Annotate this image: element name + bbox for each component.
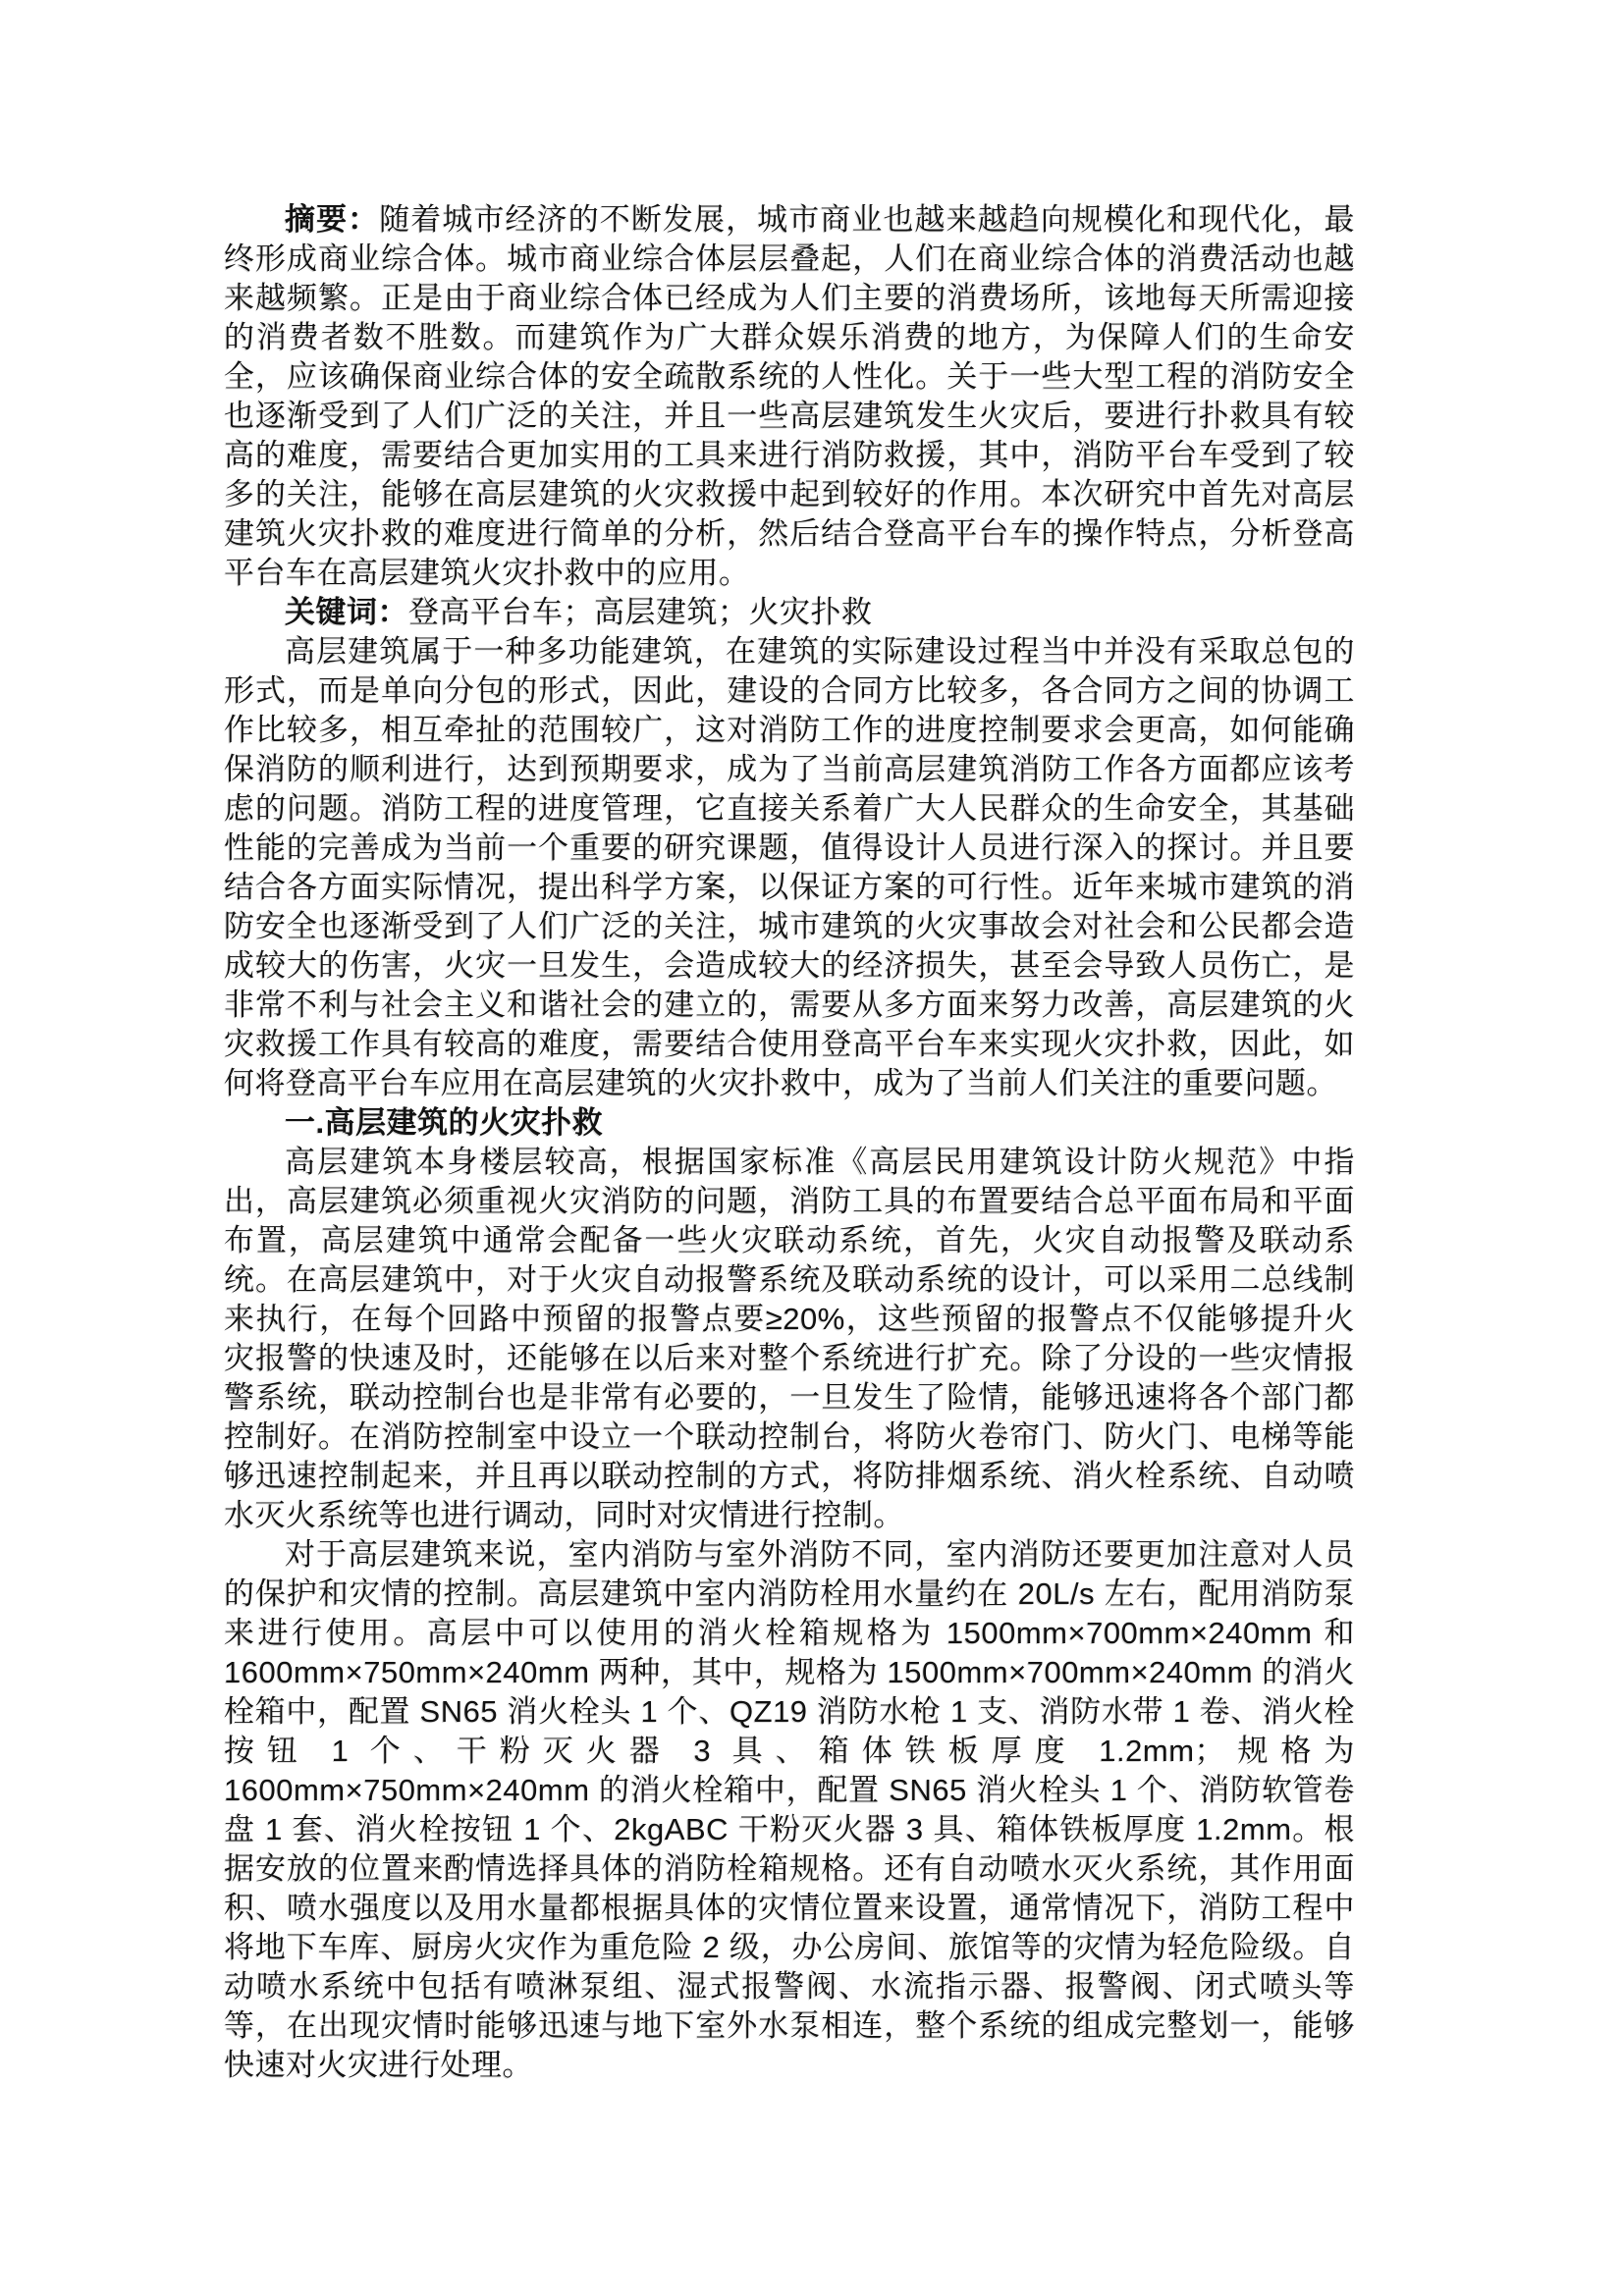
section-1-paragraph-2: 对于高层建筑来说，室内消防与室外消防不同，室内消防还要更加注意对人员的保护和灾情…: [224, 1535, 1355, 2085]
keywords-line: 关键词：登高平台车；高层建筑；火灾扑救: [224, 593, 1355, 632]
section-1-paragraph-2-text: 对于高层建筑来说，室内消防与室外消防不同，室内消防还要更加注意对人员的保护和灾情…: [224, 1537, 1355, 2082]
intro-paragraph-text: 高层建筑属于一种多功能建筑，在建筑的实际建设过程当中并没有采取总包的形式，而是单…: [224, 634, 1355, 1100]
document-page: 摘要：随着城市经济的不断发展，城市商业也越来越趋向规模化和现代化，最终形成商业综…: [0, 0, 1624, 2296]
keywords-text: 登高平台车；高层建筑；火灾扑救: [408, 595, 873, 629]
section-1-paragraph-1-text: 高层建筑本身楼层较高，根据国家标准《高层民用建筑设计防火规范》中指出，高层建筑必…: [224, 1145, 1355, 1532]
document-body: 摘要：随着城市经济的不断发展，城市商业也越来越趋向规模化和现代化，最终形成商业综…: [224, 200, 1355, 2085]
intro-paragraph: 高层建筑属于一种多功能建筑，在建筑的实际建设过程当中并没有采取总包的形式，而是单…: [224, 632, 1355, 1103]
section-1-heading: 一.高层建筑的火灾扑救: [224, 1103, 1355, 1143]
keywords-label: 关键词：: [285, 595, 408, 629]
section-1-paragraph-1: 高层建筑本身楼层较高，根据国家标准《高层民用建筑设计防火规范》中指出，高层建筑必…: [224, 1143, 1355, 1535]
section-1-heading-text: 一.高层建筑的火灾扑救: [285, 1105, 603, 1140]
abstract-text: 随着城市经济的不断发展，城市商业也越来越趋向规模化和现代化，最终形成商业综合体。…: [224, 202, 1355, 590]
abstract-paragraph: 摘要：随着城市经济的不断发展，城市商业也越来越趋向规模化和现代化，最终形成商业综…: [224, 200, 1355, 593]
abstract-label: 摘要：: [285, 202, 379, 237]
